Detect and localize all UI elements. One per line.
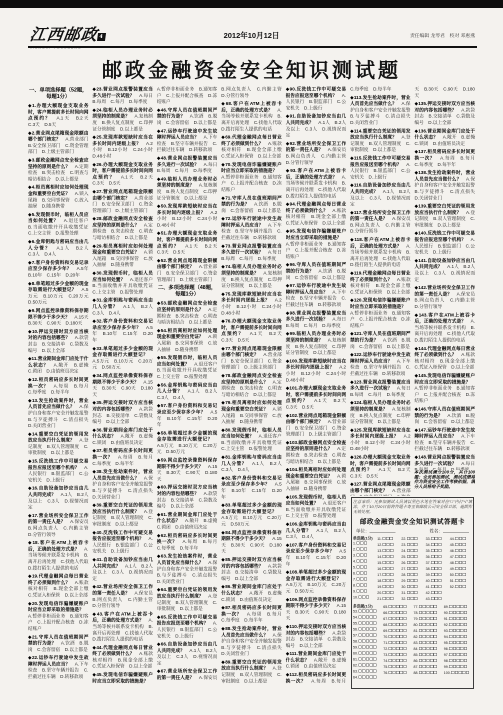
question-number: ◆34. <box>92 373 102 378</box>
question-item: ◆111.营业期间金库门应处于什么状态？ A.敞开 B.虚掩 C.锁闭 D.由值… <box>286 651 346 670</box>
answer-checkbox[interactable] <box>403 623 406 626</box>
answer-checkbox[interactable] <box>390 537 393 540</box>
question-number: ◆101. <box>286 386 299 391</box>
question-item: ◆68.客户在ATM上被吞卡后，正确的处理方式是？ A.当场等候并联系发卡机构 … <box>221 101 281 132</box>
answer-checkbox[interactable] <box>414 573 417 576</box>
page-title: 邮政金融资金安全知识测试题 <box>0 54 503 83</box>
answer-number: 64. <box>353 675 358 680</box>
answer-checkbox[interactable] <box>438 567 441 570</box>
question-item: ◆55.发现假币时，临柜人员应当如何处置？ A.退还客户 B.当面收缴并开具收缴… <box>157 355 217 380</box>
answer-checkbox[interactable] <box>373 663 376 666</box>
question-number: ◆58. <box>157 430 167 435</box>
answer-checkbox[interactable] <box>414 591 417 594</box>
question-item: ◆90.反洗钱工作中可疑交易报告应报送至哪个机构？ A.人民银行 B.银监部门 … <box>286 86 346 111</box>
answer-number: 96. <box>444 647 449 652</box>
answer-checkbox[interactable] <box>373 669 376 672</box>
answer-checkbox[interactable] <box>373 657 376 660</box>
answer-checkbox[interactable] <box>434 611 437 614</box>
answer-card-title: 邮政金融资金安全知识测试答题卡 <box>353 516 472 526</box>
question-number: ◆105. <box>286 494 299 499</box>
answer-checkbox[interactable] <box>464 617 467 620</box>
question-item: ◆104.柜员离柜时应如何处理现金和重要空白凭证？ A.锁入尾箱 B.交同事保管… <box>286 467 346 492</box>
question-number: ◆65. <box>157 614 167 619</box>
name-field[interactable]: 姓名： <box>429 528 469 535</box>
question-item: ◆7.客户身份资料和交易记录应至少保存多少年？ A.5年 B.10年 C.15年… <box>28 259 88 278</box>
question-number: ◆85. <box>221 557 231 562</box>
answer-checkbox[interactable] <box>390 555 393 558</box>
question-item: ◆56.金库钥匙与密码应当由几人分管？ A.1人 B.2人 C.3人 D.4人 <box>157 382 217 401</box>
answer-checkbox[interactable] <box>463 561 466 564</box>
answer-checkbox[interactable] <box>438 591 441 594</box>
answer-number: 79. <box>414 617 419 622</box>
answer-number: 75. <box>383 665 388 670</box>
question-number: ◆8. <box>28 281 36 286</box>
question-item: ◆122.运钞车行驶途中发生故障时押运人员应当？ A.下车检查 B.坚守车辆并报… <box>350 352 410 377</box>
answer-checkbox[interactable] <box>464 635 467 638</box>
question-item: ◆31.金库钥匙与密码应当由几人分管？ A.1人 B.2人 C.3人 D.4人 <box>92 297 152 316</box>
answer-number: 23. <box>401 543 406 548</box>
answer-checkbox[interactable] <box>390 573 393 576</box>
answer-number: 58. <box>353 639 358 644</box>
question-number: ◆119. <box>350 271 362 276</box>
question-item: ◆11.营业期间金库门应处于什么状态？ A.敞开 B.虚掩 C.锁闭 D.由值班… <box>28 356 88 375</box>
question-number: ◆37. <box>92 448 102 453</box>
question-item: ◆103.邮政金融网点安全检查应坚持的原则是什么？ A.定期检查 B.突击检查 … <box>286 439 346 464</box>
question-item: ◆87.柜员密码应多长时间更换一次？ A.每周 B.每月 C.每季度 D.每半年 <box>221 605 281 624</box>
question-item: ◆81.金库钥匙与密码应当由几人分管？ A.1人 B.2人 C.3人 D.4人 <box>221 454 281 473</box>
answer-checkbox[interactable] <box>463 585 466 588</box>
answer-checkbox[interactable] <box>373 609 376 612</box>
answer-checkbox[interactable] <box>438 585 441 588</box>
question-number: ◆60. <box>157 485 167 490</box>
answer-checkbox[interactable] <box>434 635 437 638</box>
question-item: ◆33.单笔超过多少金额的现金存取需进行大额登记？ A.5万元 B.10万元 C… <box>92 345 152 370</box>
question-item: ◆2.营业网点尾箱现金限额由哪个部门核定？ A.营业部门 B.安全保卫部门 C.… <box>28 130 88 155</box>
answer-number: 37. <box>426 561 431 566</box>
question-number: ◆14. <box>28 431 38 436</box>
question-item: ◆14.重要空白凭证的领用发放应当执行什么制度？ A.登记制度 B.双人管理制度… <box>28 431 88 456</box>
question-number: ◆53. <box>157 301 167 306</box>
answer-checkbox[interactable] <box>414 549 417 552</box>
answer-checkbox[interactable] <box>434 605 437 608</box>
answer-item-32: 32. <box>401 596 423 602</box>
answer-number: 22. <box>401 537 406 542</box>
question-number: ◆98. <box>286 310 296 315</box>
answer-checkbox[interactable] <box>364 565 367 568</box>
question-number: ◆43. <box>92 611 103 616</box>
answer-number: 86. <box>414 659 419 664</box>
question-item: ◆114.重要空白凭证的领用发放应当执行什么制度？ A.登记制度 B.双人管理制… <box>350 128 410 153</box>
answer-number: 55. <box>353 621 358 626</box>
newspaper-page: { "header": { "masthead": "江西邮政", "masth… <box>0 0 503 715</box>
answer-checkbox[interactable] <box>403 629 406 632</box>
question-number: ◆73. <box>221 243 231 248</box>
answer-checkbox[interactable] <box>464 623 467 626</box>
question-item: ◆96.守库人员在值班期间严禁的行为是？ A.饮酒 B.脱岗 C.会客留宿 D.… <box>286 262 346 281</box>
question-item: ◆113.发生抢劫案件时，营业人员首先应当做什么？ A.保护自身和客户安全并触发… <box>350 94 410 125</box>
answer-checkbox[interactable] <box>438 597 441 600</box>
answer-checkbox[interactable] <box>403 671 406 674</box>
question-item: ◆64.重要空白凭证的领用发放应当执行什么制度？ A.登记制度 B.双人管理制度… <box>157 587 217 612</box>
question-number: ◆144. <box>415 346 428 351</box>
answer-checkbox[interactable] <box>466 671 469 674</box>
answer-number: 34. <box>426 543 431 548</box>
answer-checkbox[interactable] <box>364 553 367 556</box>
answer-number: 43. <box>426 597 431 602</box>
answer-checkbox[interactable] <box>414 597 417 600</box>
answer-checkbox[interactable] <box>373 627 376 630</box>
question-number: ◆100. <box>286 358 299 363</box>
question-number: ◆33. <box>92 346 102 351</box>
answer-checkbox[interactable] <box>390 585 393 588</box>
multi-choice-grid: 多选题(1分)53.54.55.56.57.58.59.60.61.62.63.… <box>353 604 472 681</box>
answer-checkbox[interactable] <box>373 615 376 618</box>
question-item: ◆8.单笔超过多少金额的现金存取需进行大额登记？ A.5万元 B.10万元 C.… <box>28 280 88 305</box>
unit-field[interactable]: 单位： <box>356 528 396 535</box>
question-number: ◆84. <box>221 530 231 535</box>
answer-checkbox[interactable] <box>373 639 376 642</box>
question-number: ◆9. <box>28 308 36 313</box>
answer-number: 14. <box>377 555 382 560</box>
question-number: ◆25. <box>92 135 102 140</box>
answer-checkbox[interactable] <box>438 555 441 558</box>
question-number: ◆71. <box>221 195 231 200</box>
question-item: ◆82.客户身份资料和交易记录应至少保存多少年？ A.5年 B.10年 C.15… <box>221 475 281 500</box>
question-item: ◆24.临柜人员办理业务时必须坚持的制度是？ A.复核制度 B.换人复点制度 C… <box>92 107 152 132</box>
answer-checkbox[interactable] <box>390 579 393 582</box>
question-item: ◆147.运钞车行驶途中发生故障时押运人员应当？ A.下车检查 B.坚守车辆并报… <box>415 427 475 452</box>
answer-number: 59. <box>353 645 358 650</box>
answer-checkbox[interactable] <box>414 567 417 570</box>
answer-checkbox[interactable] <box>414 537 417 540</box>
question-number: ◆76. <box>221 319 231 324</box>
question-item: ◆118.客户在ATM上被吞卡后，正确的处理方式是？ A.当场等候并联系发卡机构… <box>350 237 410 268</box>
answer-checkbox[interactable] <box>464 653 467 656</box>
question-number: ◆117. <box>350 210 362 215</box>
question-number: ◆3. <box>28 157 36 162</box>
answer-number: 95. <box>444 641 449 646</box>
answer-checkbox[interactable] <box>403 635 406 638</box>
question-item: ◆47.运钞车行驶途中发生故障时押运人员应当？ A.下车检查 B.坚守车辆并报告… <box>157 128 217 153</box>
answer-number: 70. <box>383 635 388 640</box>
question-number: ◆108. <box>286 570 299 575</box>
question-number: ◆20. <box>28 601 38 606</box>
question-item: ◆65.反洗钱工作中可疑交易报告应报送至哪个机构？ A.人民银行 B.银监部门 … <box>157 614 217 639</box>
answer-number: 30. <box>401 585 406 590</box>
answer-checkbox[interactable] <box>414 585 417 588</box>
answer-checkbox[interactable] <box>438 561 441 564</box>
answer-number: 41. <box>426 585 431 590</box>
answer-checkbox[interactable] <box>364 583 367 586</box>
question-number: ◆99. <box>286 331 296 336</box>
answer-checkbox[interactable] <box>434 641 437 644</box>
question-number: ◆126. <box>350 455 363 460</box>
answer-checkbox[interactable] <box>390 549 393 552</box>
answer-number: 11. <box>377 537 382 542</box>
answer-checkbox[interactable] <box>390 561 393 564</box>
question-item: ◆26.办理大额现金支取业务时，客户需提前多长时间向网点预约？ A.1天 B.2… <box>92 161 152 186</box>
question-item: ◆37.柜员密码应多长时间更换一次？ A.每周 B.每月 C.每季度 D.每半年 <box>92 448 152 467</box>
answer-checkbox[interactable] <box>403 659 406 662</box>
question-item: ◆21.守库人员在值班期间严禁的行为是？ A.饮酒 B.脱岗 C.会客留宿 D.… <box>28 634 88 653</box>
answer-checkbox[interactable] <box>434 623 437 626</box>
answer-checkbox[interactable] <box>390 591 393 594</box>
answer-checkbox[interactable] <box>364 577 367 580</box>
answer-checkbox[interactable] <box>403 641 406 644</box>
question-item: ◆41.自助设备加钞应当由几人共同完成？ A.1人 B.2人及以上 C.3人 D… <box>92 556 152 581</box>
answer-checkbox[interactable] <box>438 537 441 540</box>
question-item: ◆54.柜员离柜时应如何处理现金和重要空白凭证？ A.锁入尾箱 B.交同事保管 … <box>157 327 217 352</box>
question-number: ◆39. <box>92 503 102 508</box>
answer-number: 93. <box>444 629 449 634</box>
question-number: ◆68. <box>221 101 232 106</box>
answer-item-10: 10. <box>353 595 375 601</box>
answer-checkbox[interactable] <box>373 675 376 678</box>
answer-number: 19. <box>377 585 382 590</box>
question-number: ◆136. <box>415 128 428 133</box>
question-item: ◆80.发现假币时，临柜人员应当如何处置？ A.退还客户 B.当面收缴并开具收缴… <box>221 427 281 452</box>
answer-number: 99. <box>444 665 449 670</box>
answer-checkbox[interactable] <box>403 653 406 656</box>
question-number: ◆26. <box>92 162 102 167</box>
question-item: ◆50.发现库款短缺时应当在多长时间内逐级上报？ A.2小时 B.12小时 C.… <box>157 203 217 228</box>
answer-checkbox[interactable] <box>364 559 367 562</box>
answer-number: 65. <box>383 605 388 610</box>
notice-text: 本次测试满分100分，共计100题；全员参加测试，测试成绩将作为资金安全工作考核… <box>414 470 475 489</box>
answer-checkbox[interactable] <box>373 645 376 648</box>
answer-checkbox[interactable] <box>364 547 367 550</box>
notice-overlay: 本次测试满分100分，共计100题；全员参加测试，测试成绩将作为资金安全工作考核… <box>414 470 475 498</box>
question-item: ◆123.营业网点报警装置应当多久进行一次试验？ A.每日 B.每周 C.每月 … <box>350 379 410 398</box>
question-item: ◆124.临柜人员办理业务时必须坚持的制度是？ A.复核制度 B.换人复点制度 … <box>350 400 410 425</box>
question-item: ◆116.自助设备加钞应当由几人共同完成？ A.1人 B.2人及以上 C.3人 … <box>350 182 410 207</box>
answer-checkbox[interactable] <box>434 647 437 650</box>
answer-checkbox[interactable] <box>438 543 441 546</box>
question-item: ◆98.营业网点报警装置应当多久进行一次试验？ A.每日 B.每周 C.每月 D… <box>286 310 346 329</box>
question-number: ◆91. <box>286 114 296 119</box>
editors-line: 责任编辑 龙琴君 校对 邓惠燕 <box>410 32 475 39</box>
answer-number: 31. <box>401 591 406 596</box>
answer-card-border: 注意事项：凡参加测试人员请以黑色水笔在答案对应“□”内打“√”填涂，并于10月2… <box>351 497 474 689</box>
question-item: ◆86.营业期间金库门应处于什么状态？ A.敞开 B.虚掩 C.锁闭 D.由值班… <box>221 584 281 603</box>
question-item: ◆15.反洗钱工作中可疑交易报告应报送至哪个机构？ A.人民银行 B.银监部门 … <box>28 458 88 483</box>
question-item: ◆46.守库人员在值班期间严禁的行为是？ A.饮酒 B.脱岗 C.会客留宿 D.… <box>157 107 217 126</box>
question-number: ◆70. <box>221 162 231 167</box>
answer-checkbox[interactable] <box>414 579 417 582</box>
answer-number: 91. <box>444 617 449 622</box>
answer-checkbox[interactable] <box>434 659 437 662</box>
question-number: ◆63. <box>157 554 167 559</box>
question-number: ◆82. <box>221 475 231 480</box>
section-header-multi: 二、多项选择题（48题，每题1分） <box>157 285 217 298</box>
answer-checkbox[interactable] <box>463 549 466 552</box>
answer-checkbox[interactable] <box>464 611 467 614</box>
answer-checkbox[interactable] <box>366 595 369 598</box>
answer-checkbox[interactable] <box>463 579 466 582</box>
question-item: ◆97.运钞车行驶途中发生故障时押运人员应当？ A.下车检查 B.坚守车辆并报告… <box>286 283 346 308</box>
question-item: ◆70.发现电信诈骗嫌疑账户时应当立即采取的措施是？ A.暂停非柜面业务 B.通… <box>221 161 281 192</box>
question-item: ◆137.柜员密码应多长时间更换一次？ A.每周 B.每月 C.每季度 D.每半… <box>415 149 475 168</box>
question-item: ◆4.柜员离柜时应如何处理现金和重要空白凭证？ A.锁入尾箱 B.交同事保管 C… <box>28 184 88 209</box>
answer-number: 72. <box>383 647 388 652</box>
question-number: ◆141. <box>415 258 428 263</box>
question-item: ◆72.运钞车行驶途中发生故障时押运人员应当？ A.下车检查 B.坚守车辆并报告… <box>221 216 281 241</box>
question-number: ◆79. <box>221 400 231 405</box>
question-number: ◆59. <box>157 458 167 463</box>
question-number: ◆4. <box>28 185 36 190</box>
answer-checkbox[interactable] <box>464 647 467 650</box>
question-item: ◆83.单笔超过多少金额的现金存取需进行大额登记？ A.5万元 B.10万元 C… <box>221 502 281 527</box>
question-number: ◆19. <box>28 574 38 579</box>
question-item: ◆52.营业网点尾箱现金限额由哪个部门核定？ A.营业部门 B.安全保卫部门 C… <box>157 257 217 282</box>
question-item: ◆78.邮政金融网点安全检查应坚持的原则是什么？ A.定期检查 B.突击检查 C… <box>221 372 281 397</box>
question-item: ◆143.客户在ATM上被吞卡后，正确的处理方式是？ A.当场等候并联系发卡机构… <box>415 312 475 343</box>
answer-checkbox[interactable] <box>414 543 417 546</box>
answer-checkbox[interactable] <box>434 671 437 674</box>
answer-checkbox[interactable] <box>403 647 406 650</box>
question-number: ◆22. <box>28 655 38 660</box>
answer-number: 25. <box>401 555 406 560</box>
question-number: ◆32. <box>92 319 102 324</box>
answer-number: 67. <box>383 617 388 622</box>
answer-checkbox[interactable] <box>373 651 376 654</box>
answer-checkbox[interactable] <box>434 653 437 656</box>
question-number: ◆57. <box>157 403 167 408</box>
answer-checkbox[interactable] <box>390 543 393 546</box>
question-number: ◆110. <box>286 624 298 629</box>
answer-number: 94. <box>444 635 449 640</box>
answer-number: 98. <box>444 659 449 664</box>
answer-checkbox[interactable] <box>390 567 393 570</box>
question-item: ◆141.自助设备加钞应当由几人共同完成？ A.1人 B.2人及以上 C.3人 … <box>415 257 475 282</box>
question-item: ◆38.发生抢劫案件时，营业人员首先应当做什么？ A.保护自身和客户安全并触发报… <box>92 469 152 500</box>
answer-checkbox[interactable] <box>464 629 467 632</box>
question-item: ◆48.营业网点报警装置应当多久进行一次试验？ A.每日 B.每周 C.每月 D… <box>157 155 217 174</box>
question-item: ◆140.反洗钱工作中可疑交易报告应报送至哪个机构？ A.人民银行 B.银监部门… <box>415 230 475 255</box>
answer-checkbox[interactable] <box>364 589 367 592</box>
question-item: ◆58.单笔超过多少金额的现金存取需进行大额登记？ A.5万元 B.10万元 C… <box>157 430 217 455</box>
answer-checkbox[interactable] <box>463 555 466 558</box>
answer-checkbox[interactable] <box>414 555 417 558</box>
question-item: ◆120.发现电信诈骗嫌疑账户时应当立即采取的措施是？ A.暂停非柜面业务 B.… <box>350 297 410 328</box>
question-number: ◆44. <box>92 645 102 650</box>
answer-checkbox[interactable] <box>463 567 466 570</box>
question-item: ◆39.重要空白凭证的领用发放应当执行什么制度？ A.登记制度 B.双人管理制度… <box>92 502 152 527</box>
question-number: ◆143. <box>415 312 428 317</box>
question-number: ◆145. <box>415 373 428 378</box>
answer-number: 24. <box>401 549 406 554</box>
answer-checkbox[interactable] <box>434 665 437 668</box>
question-item: ◆117.营业场所安全保卫工作的第一责任人是？ A.保安员 B.网点负责人 C.… <box>350 209 410 234</box>
answer-checkbox[interactable] <box>403 617 406 620</box>
question-item: ◆6.金库钥匙与密码应当由几人分管？ A.1人 B.2人 C.3人 D.4人 <box>28 239 88 258</box>
answer-checkbox[interactable] <box>464 641 467 644</box>
question-item: ◆66.自助设备加钞应当由几人共同完成？ A.1人 B.2人及以上 C.3人 D… <box>157 641 217 666</box>
answer-checkbox[interactable] <box>463 537 466 540</box>
question-item: ◆108.单笔超过多少金额的现金存取需进行大额登记？ A.5万元 B.10万元 … <box>286 569 346 594</box>
question-number: ◆147. <box>415 427 428 432</box>
answer-checkbox[interactable] <box>364 541 367 544</box>
answer-number: 92. <box>444 623 449 628</box>
question-item: ◆60.押运交接时双方应当核对的内容包括哪些？ A.款袋封志 B.交接清单 C.… <box>157 484 217 509</box>
answer-checkbox[interactable] <box>403 665 406 668</box>
answer-number: 63. <box>353 669 358 674</box>
question-number: ◆5. <box>28 212 36 217</box>
answer-checkbox[interactable] <box>464 605 467 608</box>
question-number: ◆124. <box>350 400 363 405</box>
question-item: ◆106.金库钥匙与密码应当由几人分管？ A.1人 B.2人 C.3人 D.4人 <box>286 521 346 540</box>
question-item: ◆27.营业网点尾箱现金限额由哪个部门核定？ A.营业部门 B.安全保卫部门 C… <box>92 188 152 213</box>
question-number: ◆88. <box>221 626 231 631</box>
answer-number: 32. <box>401 597 406 602</box>
question-number: ◆106. <box>286 522 299 527</box>
question-item: ◆73.营业网点报警装置应当多久进行一次试验？ A.每日 B.每周 C.每月 D… <box>221 243 281 262</box>
question-number: ◆109. <box>286 597 299 602</box>
answer-checkbox[interactable] <box>438 549 441 552</box>
answer-checkbox[interactable] <box>463 543 466 546</box>
question-number: ◆50. <box>157 204 167 209</box>
answer-number: 77. <box>414 605 419 610</box>
answer-checkbox[interactable] <box>403 611 406 614</box>
answer-checkbox[interactable] <box>390 597 393 600</box>
question-number: ◆113. <box>350 95 362 100</box>
question-number: ◆112. <box>286 672 298 677</box>
answer-checkbox[interactable] <box>364 571 367 574</box>
answer-checkbox[interactable] <box>434 629 437 632</box>
question-item: ◆88.发生抢劫案件时，营业人员首先应当做什么？ A.保护自身和客户安全并触发报… <box>221 625 281 656</box>
question-number: ◆121. <box>350 331 363 336</box>
question-item: ◆99.临柜人员办理业务时必须坚持的制度是？ A.复核制度 B.换人复点制度 C… <box>286 331 346 356</box>
question-number: ◆36. <box>92 427 102 432</box>
question-item: ◆63.发生抢劫案件时，营业人员首先应当做什么？ A.保护自身和客户安全并触发报… <box>157 553 217 584</box>
answer-number: 13. <box>377 549 382 554</box>
answer-checkbox[interactable] <box>438 573 441 576</box>
answer-checkbox[interactable] <box>463 573 466 576</box>
question-item: ◆34.网点监控录像资料保存期限不得少于多少天？ A.15天 B.30天 C.9… <box>92 372 152 397</box>
answer-number: 35. <box>426 549 431 554</box>
answer-number: 38. <box>426 567 431 572</box>
question-number: ◆15. <box>28 459 38 464</box>
answer-number: 69. <box>383 629 388 634</box>
answer-number: 15. <box>377 561 382 566</box>
question-item: ◆16.自助设备加钞应当由几人共同完成？ A.1人 B.2人及以上 C.3人 D… <box>28 485 88 510</box>
answer-number: 47. <box>450 555 455 560</box>
question-item: ◆94.代理金融网点每日营业终了必须做到什么？ A.账款核对相符 B.现金全部上… <box>286 201 346 226</box>
question-number: ◆125. <box>350 427 363 432</box>
answer-checkbox[interactable] <box>414 561 417 564</box>
answer-checkbox[interactable] <box>373 633 376 636</box>
answer-item-88: 88. <box>414 670 442 676</box>
answer-number: 61. <box>353 657 358 662</box>
question-number: ◆127. <box>350 482 363 487</box>
question-item: ◆136.营业期间金库门应处于什么状态？ A.敞开 B.虚掩 C.锁闭 D.由值… <box>415 128 475 147</box>
question-number: ◆81. <box>221 455 231 460</box>
answer-checkbox[interactable] <box>438 579 441 582</box>
question-item: ◆62.柜员密码应多长时间更换一次？ A.每周 B.每月 C.每季度 D.每半年 <box>157 532 217 551</box>
question-number: ◆96. <box>286 262 296 267</box>
question-number: ◆28. <box>92 216 102 221</box>
answer-checkbox[interactable] <box>464 665 467 668</box>
question-number: ◆103. <box>286 440 299 445</box>
question-item: ◆74.临柜人员办理业务时必须坚持的制度是？ A.复核制度 B.换人复点制度 C… <box>221 264 281 289</box>
answer-number: 46. <box>450 549 455 554</box>
answer-checkbox[interactable] <box>403 605 406 608</box>
answer-checkbox[interactable] <box>434 617 437 620</box>
question-number: ◆13. <box>28 398 38 403</box>
answer-checkbox[interactable] <box>464 659 467 662</box>
answer-checkbox[interactable] <box>373 621 376 624</box>
question-number: ◆146. <box>415 406 428 411</box>
